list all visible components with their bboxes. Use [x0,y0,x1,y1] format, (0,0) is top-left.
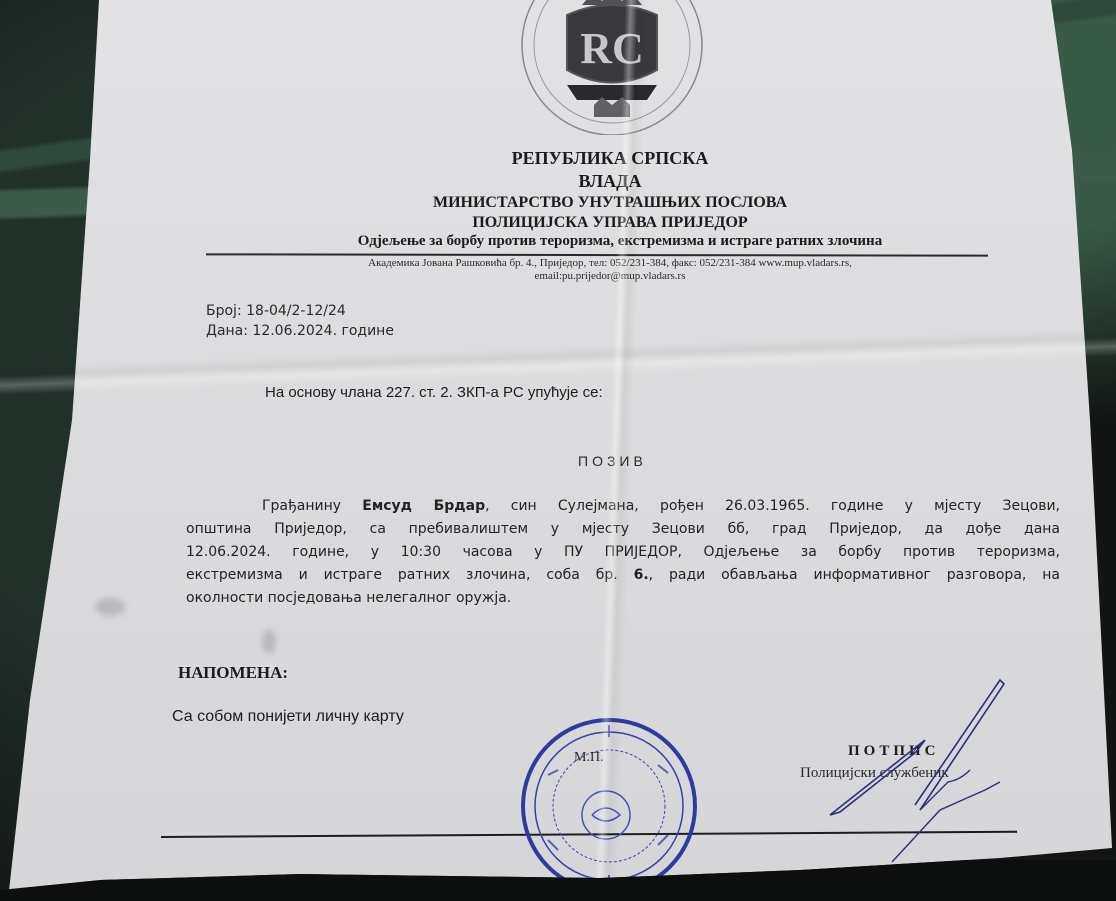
handwritten-signature [820,670,1020,870]
summons-line-4-start: екстремизма и истраге ратних злочина, со… [186,567,618,583]
header-address: Академика Јована Рашковића бр. 4., Прије… [250,257,970,269]
smudge-mark [262,630,276,654]
room-number: 6. [634,567,649,583]
coat-of-arms-icon: RC [512,0,712,135]
summons-document: RC РЕПУБЛИКА СРПСКА ВЛАДА МИНИСТАРСТВО У… [0,0,1116,901]
header-email: email:pu.prijedor@mup.vladars.rs [250,270,970,282]
header-ministry: МИНИСТАРСТВО УНУТРАШЊИХ ПОСЛОВА [300,194,920,212]
smudge-mark [95,598,125,616]
legal-basis: На основу члана 227. ст. 2. ЗКП-а РС упу… [265,384,603,401]
svg-text:RC: RC [580,24,644,73]
document-number-label: Број: [206,303,242,319]
citizen-prefix: Грађанину [262,498,341,514]
summons-title: ПОЗИВ [578,453,647,469]
document-number-value: 18-04/2-12/24 [246,303,346,319]
document-date-value: 12.06.2024. године [252,323,394,339]
header-police-administration: ПОЛИЦИЈСКА УПРАВА ПРИЈЕДОР [300,214,920,232]
summons-line-4-end: , ради обављања информативног разговора,… [649,567,1060,583]
summons-line-4: екстремизма и истраге ратних злочина, со… [186,567,1060,583]
summons-line-5: околности посједовања нелегалног оружја. [186,590,511,606]
header-divider [206,253,988,256]
note-heading: НАПОМЕНА: [178,663,288,683]
document-date: Дана: 12.06.2024. године [206,323,394,339]
document-date-label: Дана: [206,323,248,339]
header-department: Одјељење за борбу против тероризма, екст… [240,233,1000,250]
header-country: РЕПУБЛИКА СРПСКА [300,148,920,169]
summons-line-3: 12.06.2024. године, у 10:30 часова у ПУ … [186,544,1060,560]
seal-label: М.П. [574,750,604,766]
note-text: Са собом понијети личну карту [172,708,404,726]
official-stamp-icon [518,715,700,897]
summons-line-1: Грађанину Емсуд Брдар, син Сулејмана, ро… [262,498,1060,514]
citizen-name: Емсуд Брдар [362,498,485,514]
document-number: Број: 18-04/2-12/24 [206,303,346,319]
summons-line-2: општина Приједор, са пребивалиштем у мје… [186,521,1060,537]
citizen-details: , син Сулејмана, рођен 26.03.1965. годин… [485,498,1060,514]
header-government: ВЛАДА [300,171,920,192]
